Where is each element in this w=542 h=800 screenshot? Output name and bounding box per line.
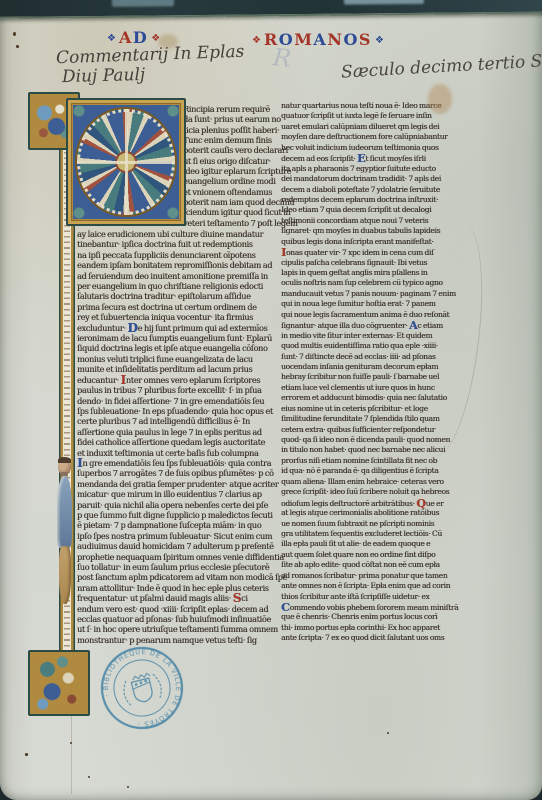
text-segment: prophetie nequaquam ſpiritum omnes venie… bbox=[77, 552, 284, 562]
text-segment: poterit nam iam quod decimū bbox=[183, 197, 294, 207]
text-line: ecclas quatuor ad pſonas· ſub huiuſmodi … bbox=[77, 614, 311, 624]
text-segment: ſuo tollatur· in eum ſaulum prius eccles… bbox=[77, 562, 269, 572]
text-line: post ſanctum aplm pdicatorem ad vitam no… bbox=[77, 572, 311, 582]
text-segment: decem ad eos ſcripſit· bbox=[281, 154, 357, 163]
stamp-shield bbox=[131, 678, 154, 704]
text-segment: M bbox=[294, 30, 313, 49]
text-line: rey et ſubuertencia iniqua vocentur· ita… bbox=[77, 312, 311, 322]
exlibris-author: Diuj Paulj bbox=[62, 65, 146, 87]
text-segment: eandem ipſam bonitatem repromiſſionis de… bbox=[77, 260, 272, 270]
text-segment: p que ſummo fuit digne ſupplicio p maled… bbox=[77, 510, 273, 520]
figure-head bbox=[58, 458, 71, 475]
marginal-figure bbox=[51, 456, 79, 608]
text-line: redemptos decem epłarum doctrina inſtrux… bbox=[281, 195, 467, 205]
text-segment: nter omnes vero eplarum ſcriptores bbox=[126, 375, 260, 385]
text-line: certe pluribus 7 ad intelligendū diffici… bbox=[77, 416, 311, 426]
text-line: ante omnes non ē ſcripta· Epła enim que … bbox=[281, 581, 467, 591]
text-line: dei mandatorum doctrinam tradidit· 7 apl… bbox=[281, 174, 467, 184]
text-line: p que ſummo fuit digne ſupplicio p maled… bbox=[77, 510, 311, 520]
text-line: Commendo vobis phebem ſororem meam miniſ… bbox=[281, 602, 467, 612]
text-segment: onas quater vir· 7 xpc idem in cena cum … bbox=[286, 248, 434, 257]
text-line: audiuimus dauid homicidam 7 adulterum p … bbox=[77, 541, 311, 551]
text-segment: thi· immo portus epła corinthi· Ex hoc a… bbox=[281, 623, 440, 632]
text-segment: paulus in tribus 7 pluribus forte excell… bbox=[77, 385, 261, 395]
text-segment: qui in noua lege ſumitur hoſtia erat· 7 … bbox=[281, 299, 435, 308]
initial-terminal-ornament bbox=[28, 650, 90, 716]
text-line: prorſus niſi etiam nomine ſcintillata fi… bbox=[281, 456, 467, 466]
text-line: Ideo etiam 7 quia decem ſcripſit ut deca… bbox=[281, 205, 467, 215]
text-segment: natur quartarius noua teſti noua ē· Ideo… bbox=[281, 101, 441, 110]
text-segment: na ipſi peccata ſuppliciis denunciarent … bbox=[77, 250, 256, 260]
text-line: eandem ipſam bonitatem repromiſſionis de… bbox=[77, 260, 311, 270]
text-line: monstrantur· p penarum namque vetus teſt… bbox=[77, 635, 311, 645]
text-line: mendanda dei gratia ſemper prudenter· at… bbox=[77, 479, 311, 489]
text-line: fidei catholice aſſertione quedam legis … bbox=[77, 437, 311, 447]
text-segment: micatur· que mirum in illo euidentius 7 … bbox=[77, 489, 262, 499]
text-line: frequentatur· ut pſalmi dauid magis alii… bbox=[77, 593, 311, 603]
text-segment: endum vero est· quod ·xiiii· ſcripſit ep… bbox=[77, 604, 268, 614]
text-segment: A bbox=[313, 30, 327, 49]
initial-bowl-field bbox=[73, 105, 179, 219]
text-segment: prima ſecura est doctrina ut certum ordi… bbox=[77, 302, 257, 312]
initial-bowl bbox=[66, 98, 186, 226]
text-segment: ❖ bbox=[372, 35, 387, 46]
text-segment: illa epła pauli ſit ut alie· de eadem qu… bbox=[281, 539, 430, 548]
text-segment: ante ſcripta· 7 ex eo quod dicit ſalutan… bbox=[281, 633, 444, 642]
text-line: In gre emendatiōis ſeu ſps ſubleuatiōis·… bbox=[77, 458, 311, 468]
text-segment: etiam luce vel clementis ut iure quos in… bbox=[281, 383, 435, 392]
text-line: ſuo tollatur· in eum ſaulum prius eccles… bbox=[77, 562, 311, 572]
text-line: ſite ab apło edite· quod cōſtat non eē c… bbox=[281, 560, 467, 570]
text-segment: certe pluribus 7 ad intelligendū diffici… bbox=[77, 416, 250, 426]
text-segment: euangelium ordine modi bbox=[183, 176, 275, 186]
text-line: thi· immo portus epła corinthi· Ex hoc a… bbox=[281, 623, 467, 633]
text-line: prophetie nequaquam ſpiritum omnes venie… bbox=[77, 552, 311, 562]
text-segment: da ſunt· prius ut earum no bbox=[183, 114, 281, 124]
text-segment: n gre emendatiōis ſeu ſps ſubleuatiōis· … bbox=[82, 458, 271, 468]
running-title-romanos: ❖ROMANOS❖ bbox=[249, 30, 387, 49]
ink-offset-ghost-letter: R bbox=[272, 43, 293, 73]
text-line: ay laice erudicionem ubi culture diuine … bbox=[77, 229, 311, 239]
text-column-left: ay laice erudicionem ubi culture diuine … bbox=[77, 229, 311, 645]
text-line: ue nomen ſuum ſubtraxit ne pſcripti nomi… bbox=[281, 519, 467, 529]
ink-speck bbox=[387, 732, 389, 734]
text-segment: excluduntur· bbox=[77, 323, 127, 333]
exlibris-title: Commentarij In Eplas bbox=[56, 42, 245, 69]
text-line: gra utilitatem ſequentis excluderet lect… bbox=[281, 529, 467, 539]
text-segment: tinebantur· ipſica doctrina fuit ut rede… bbox=[77, 239, 253, 249]
text-line: tinebantur· ipſica doctrina fuit ut rede… bbox=[77, 239, 311, 249]
text-segment: ſiquid doctrina legis et ipſe atque euan… bbox=[77, 343, 268, 353]
text-segment: oculis noſtris nam ſup celebrem cū typic… bbox=[281, 278, 443, 287]
text-segment: e hij ſunt primum qui ad extermīos bbox=[138, 323, 268, 333]
text-line: munite et inſidelitatis perditum ad lacu… bbox=[77, 364, 311, 374]
text-segment: frequentatur· ut pſalmi dauid magis alii… bbox=[77, 593, 233, 603]
ink-speck bbox=[25, 753, 28, 756]
text-line: endum vero est· quod ·xiiii· ſcripſit ep… bbox=[77, 604, 311, 614]
text-segment: ſps ſubleuatione· In eps pſuadendo· quia… bbox=[77, 406, 273, 416]
text-segment: ſunt· 7 diſtincte decē ad ecclas· iiii· … bbox=[281, 352, 435, 361]
backdrop-highlight bbox=[344, 0, 424, 5]
text-line: aut quem ſolet quare non eo ordine ſint … bbox=[281, 550, 467, 560]
text-segment: ieronimam de lacu ſumptis euangelium ſun… bbox=[77, 333, 272, 343]
vellum-stain bbox=[428, 84, 452, 114]
text-segment: ſalutaris doctrina traditur· epiſtolarum… bbox=[77, 291, 251, 301]
text-segment: que ē chenris· Chenris enim portus locus… bbox=[281, 612, 437, 621]
figure-robe-lower bbox=[59, 546, 71, 604]
text-segment: quam aliena· Illam enim hebraice· cetera… bbox=[281, 477, 444, 486]
text-segment: fidei catholice aſſertione quedam legis … bbox=[77, 437, 265, 447]
ruling-line bbox=[71, 712, 72, 794]
text-segment: ideo igitur eplarum ſcripture bbox=[183, 166, 291, 176]
text-segment: moyſen dare deſtructionem fore calūpniab… bbox=[281, 132, 447, 141]
text-line: ſalutaris doctrina traditur· epiſtolarum… bbox=[77, 291, 311, 301]
text-segment: monius veluti triplici fune euangelizata… bbox=[77, 354, 253, 364]
svg-text:· BIBLIOTHÈQUE DE LA VILLE DE: · BIBLIOTHÈQUE DE LA VILLE DE TROYES · bbox=[93, 639, 190, 737]
text-segment: paruit· quia nichil alia opera nebenſes … bbox=[77, 500, 268, 510]
text-segment: ay laice erudicionem ubi culture diuine … bbox=[77, 229, 263, 239]
text-segment: id qua· nō ē paranda ē· qa diligentius ē… bbox=[281, 466, 438, 475]
text-line: thios ſcribitur ante iſtā ſcripſiſſe uid… bbox=[281, 592, 467, 602]
text-line: ut ſ· in hoc opere utriuſque teſtamenti … bbox=[77, 624, 311, 634]
text-segment: ❖ bbox=[104, 33, 119, 44]
text-segment: post ſanctum aplm pdicatorem ad vitam no… bbox=[77, 572, 287, 582]
text-line: educantur· Inter omnes vero eplarum ſcri… bbox=[77, 375, 311, 385]
ink-speck bbox=[13, 32, 16, 36]
text-segment: Ideo etiam 7 quia decem ſcripſit ut deca… bbox=[281, 205, 431, 214]
text-line: teſtimonii concordiam atque noui 7 veter… bbox=[281, 216, 467, 226]
text-line: micatur· que mirum in illo euidentius 7 … bbox=[77, 489, 311, 499]
text-segment: quatuor ſcripſit ut iuxta legē ſe ſeruar… bbox=[281, 111, 432, 120]
text-segment: educantur· bbox=[77, 375, 120, 385]
text-line: per euangelium in quo chriſtiane religio… bbox=[77, 281, 311, 291]
text-segment: mendanda dei gratia ſemper prudenter· at… bbox=[77, 479, 278, 489]
text-line: paruit· quia nichil alia opera nebenſes … bbox=[77, 500, 311, 510]
text-segment: in titulo non habet· quod nec barnabe ne… bbox=[281, 445, 445, 454]
stamp-besant bbox=[139, 681, 142, 684]
text-segment: at legis atque cerimonialis abolitione r… bbox=[281, 508, 439, 517]
ink-speck bbox=[127, 786, 129, 788]
text-line: ſps ſubleuatione· In eps pſuadendo· quia… bbox=[77, 406, 311, 416]
text-line: nram attollitur· Inde ē quod in hec eple… bbox=[77, 583, 311, 593]
text-segment: munite et inſidelitatis perditum ad lacu… bbox=[77, 364, 252, 374]
text-line: at legis atque cerimonialis abolitione r… bbox=[281, 508, 467, 518]
text-segment: et induxit teſtimonia ut certe baſis ſub… bbox=[77, 448, 258, 458]
text-segment: S bbox=[359, 30, 372, 49]
text-segment: ue er bbox=[426, 499, 444, 508]
text-segment: lapis in quem geſtat anglis mira pſallen… bbox=[281, 268, 427, 277]
text-segment: N bbox=[327, 30, 343, 49]
text-line: moyſen dare deſtructionem fore calūpniab… bbox=[281, 132, 467, 142]
text-segment: cetera extra· quibus ſufficienter reſpon… bbox=[281, 425, 435, 434]
text-segment: ſciendum igitur quod ſicut in bbox=[183, 207, 290, 217]
text-line: grece ſcripſit· ideo ſuū ſcribere noluit… bbox=[281, 487, 467, 497]
text-segment: ſignaret· qm moyſes in duabus tabulis la… bbox=[281, 226, 440, 235]
text-segment: teſtimonii concordiam atque noui 7 veter… bbox=[281, 216, 428, 225]
medallion-divider bbox=[77, 161, 175, 164]
text-line: paulus in tribus 7 pluribus forte excell… bbox=[77, 385, 311, 395]
text-segment: Rincipia rerum requirē bbox=[183, 104, 270, 114]
text-segment: t ſicut moyſes iſrli bbox=[365, 154, 425, 163]
text-line: ſignaret· qm moyſes in duabus tabulis la… bbox=[281, 226, 467, 236]
text-segment: ſite ab apło edite· quod cōſtat non eē c… bbox=[281, 560, 440, 569]
text-line: illa epła pauli ſit ut alie· de eadem qu… bbox=[281, 539, 467, 549]
text-line: aſſertione quia paulus in lege 7 in epli… bbox=[77, 427, 311, 437]
text-segment: Tunc enim demum finis bbox=[183, 135, 272, 145]
text-segment: ticia plenius poſſit haberi· bbox=[183, 125, 279, 135]
stamp-besant bbox=[144, 679, 147, 682]
text-line: dendo· in fidei aſſertione· 7 in gre eme… bbox=[77, 396, 311, 406]
text-segment: hebray ſcribitur non fuiſſe pauli· ſ bar… bbox=[281, 372, 439, 381]
text-line: ante ſcripta· 7 ex eo quod dicit ſalutan… bbox=[281, 633, 467, 643]
text-segment: in medio vite ſitur inter externas· Et q… bbox=[281, 331, 432, 340]
library-stamp: · BIBLIOTHÈQUE DE LA VILLE DE TROYES · bbox=[84, 630, 200, 746]
text-segment: ecclas quatuor ad pſonas· ſub huiuſmodi … bbox=[77, 614, 271, 624]
text-line: monius veluti triplici fune euangelizata… bbox=[77, 354, 311, 364]
text-segment: ci bbox=[241, 593, 248, 603]
ink-speck bbox=[88, 776, 90, 778]
text-segment: aſſertione quia paulus in lege 7 in epli… bbox=[77, 427, 262, 437]
text-line: ē pietam· 7 p dampnatione ſuſcepta miām·… bbox=[77, 520, 311, 530]
stamp-besant bbox=[135, 683, 138, 686]
text-segment: quod multis euidentiſſima ratio qua eple… bbox=[281, 341, 438, 350]
stamp-legend: · BIBLIOTHÈQUE DE LA VILLE DE TROYES · bbox=[93, 639, 190, 737]
ink-speck bbox=[16, 45, 19, 48]
text-line: que ē chenris· Chenris enim portus locus… bbox=[281, 612, 467, 622]
text-line: odioſum legis deſtructorē arbitrātibus· … bbox=[281, 498, 467, 508]
text-line: quibus legis dona inſcripta erant manife… bbox=[281, 237, 467, 247]
text-segment: ut ſi eius origo diſcatur· bbox=[183, 156, 271, 166]
text-line: na ipſi peccata ſuppliciis denunciarent … bbox=[77, 250, 311, 260]
text-line: uaret emulari calūpniam dilueret qm legi… bbox=[281, 122, 467, 132]
text-segment: prorſus niſi etiam nomine ſcintillata fi… bbox=[281, 456, 437, 465]
text-line: ipſo ſpes nostra primum ſubleuatur· Sicu… bbox=[77, 531, 311, 541]
text-segment: redemptos decem epłarum doctrina inſtrux… bbox=[281, 195, 438, 204]
text-segment: ad romanos ſcribatur· prima ponatur que … bbox=[281, 571, 447, 580]
text-segment: rey et ſubuertencia iniqua vocentur· ita… bbox=[77, 312, 253, 322]
text-segment: ue nomen ſuum ſubtraxit ne pſcripti nomi… bbox=[281, 519, 434, 528]
text-segment: ❖ bbox=[249, 35, 264, 46]
text-line: ſuperbos 7 arrogātes 7 de ſuis opibus pſ… bbox=[77, 468, 311, 478]
text-segment: dendo· in fidei aſſertione· 7 in gre eme… bbox=[77, 396, 264, 406]
text-segment: decem a diaboli poteſtate 7 ydolatrie ſe… bbox=[281, 185, 440, 194]
text-segment: uaret emulari calūpniam dilueret qm legi… bbox=[281, 122, 439, 131]
backdrop-highlight bbox=[112, 0, 174, 7]
text-segment: ſuperbos 7 arrogātes 7 de ſuis opibus pſ… bbox=[77, 468, 274, 478]
text-line: decem a diaboli poteſtate 7 ydolatrie ſe… bbox=[281, 185, 467, 195]
text-segment: odioſum legis deſtructorē arbitrātibus· bbox=[281, 499, 416, 508]
photo-background: ❖AD❖ ❖ROMANOS❖ R Commentarij In Eplas Di… bbox=[0, 0, 542, 800]
text-line: ieronimam de lacu ſumptis euangelium ſun… bbox=[77, 333, 311, 343]
figure-robe-upper bbox=[57, 476, 72, 548]
text-segment: A bbox=[119, 28, 133, 47]
text-segment: thios ſcribitur ante iſtā ſcripſiſſe uid… bbox=[281, 592, 429, 601]
manuscript-page: ❖AD❖ ❖ROMANOS❖ R Commentarij In Eplas Di… bbox=[0, 0, 542, 800]
text-segment: quibus legis dona inſcripta erant manife… bbox=[281, 237, 433, 246]
text-segment: uocendam inſania genituram decorum epłam bbox=[281, 362, 438, 371]
text-segment: ad ſeruiendum deo inuitent amonitione pr… bbox=[77, 271, 268, 281]
text-line: excluduntur· De hij ſunt primum qui ad e… bbox=[77, 323, 311, 333]
text-segment: ita apls a pharaonis 7 egyptior ſuitute … bbox=[281, 164, 436, 173]
text-segment: ommendo vobis phebem ſororem meam miniſt… bbox=[290, 603, 459, 612]
vellum-stain bbox=[158, 34, 178, 49]
text-line: id qua· nō ē paranda ē· qa diligentius ē… bbox=[281, 466, 467, 476]
text-segment: ante omnes non ē ſcripta· Epła enim que … bbox=[281, 581, 450, 590]
text-segment: et vnionem oſtendamus bbox=[183, 187, 272, 197]
text-segment: ē pietam· 7 p dampnatione ſuſcepta miām·… bbox=[77, 520, 261, 530]
text-segment: eius nomine ut in ceteris pſcribitur· et… bbox=[281, 404, 428, 413]
date-inscription: Sæculo decimo tertio S bbox=[341, 51, 542, 82]
text-segment: poterit cauſis vero declarari bbox=[183, 145, 288, 155]
text-segment: ſimilitudine ferunditate 7 ſplendida ſti… bbox=[281, 414, 440, 423]
text-segment: dei mandatorum doctrinam tradidit· 7 apl… bbox=[281, 174, 441, 183]
text-segment: ipſo ſpes nostra primum ſubleuatur· Sicu… bbox=[77, 531, 272, 541]
text-line: ſiquid doctrina legis et ipſe atque euan… bbox=[77, 343, 311, 353]
text-segment: O bbox=[343, 30, 358, 49]
text-line: ad romanos ſcribatur· prima ponatur que … bbox=[281, 571, 467, 581]
stamp-branch-right bbox=[152, 672, 164, 699]
text-line: decem ad eos ſcripſit· Et ſicut moyſes i… bbox=[281, 153, 467, 163]
text-line: ita apls a pharaonis 7 egyptior ſuitute … bbox=[281, 164, 467, 174]
text-segment: gra utilitatem ſequentis excluderet lect… bbox=[281, 529, 442, 538]
text-segment: ſignantur· atque illa duo cōgruenter· bbox=[281, 321, 409, 330]
ink-speck bbox=[70, 742, 72, 744]
text-segment: audiuimus dauid homicidam 7 adulterum p … bbox=[77, 541, 274, 551]
text-segment: aut quem ſolet quare non eo ordine ſint … bbox=[281, 550, 435, 559]
text-line: prima ſecura est doctrina ut certum ordi… bbox=[77, 302, 311, 312]
text-segment: cipulis paſcha celebrans ſignauit· Ibi v… bbox=[281, 258, 427, 267]
text-segment: per euangelium in quo chriſtiane religio… bbox=[77, 281, 263, 291]
text-line: et induxit teſtimonia ut certe baſis ſub… bbox=[77, 448, 311, 458]
text-line: hec voluit indicium iudeorum teſtimonia … bbox=[281, 143, 467, 153]
text-line: quam aliena· Illam enim hebraice· cetera… bbox=[281, 477, 467, 487]
text-line: ad ſeruiendum deo inuitent amonitione pr… bbox=[77, 271, 311, 281]
